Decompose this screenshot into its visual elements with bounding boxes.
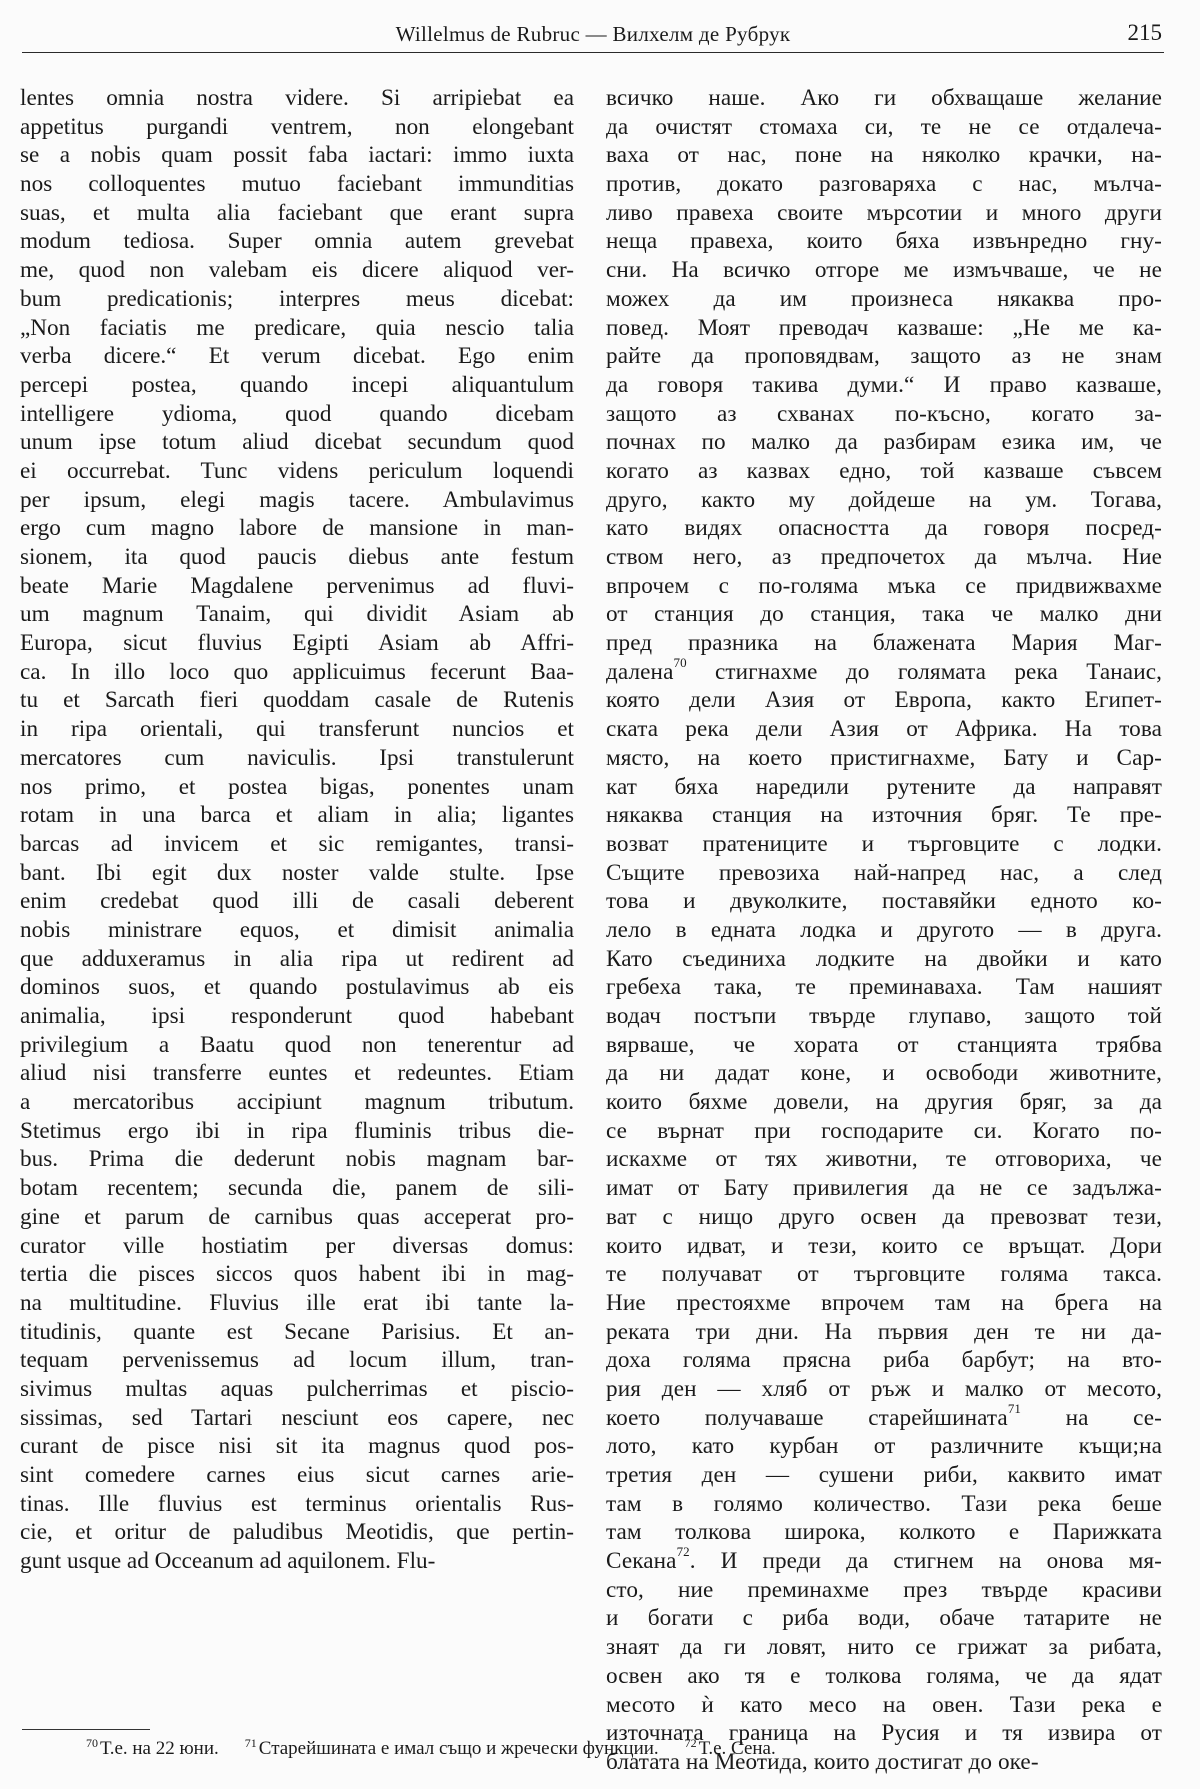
bulgarian-text-line: това и двуколките, поставяйки едното ко- <box>606 887 1162 916</box>
latin-text-line: nobis ministrare equos, et dimisit anima… <box>20 916 574 945</box>
latin-text-line: sint comedere carnes eius sicut carnes a… <box>20 1461 574 1490</box>
bulgarian-text-line: вярваше, че хората от станцията трябва <box>606 1031 1162 1060</box>
line-text: сни. На всичко отгоре ме измъчваше, че н… <box>606 257 1162 283</box>
line-text: ливо правеха своите мърсотии и много дру… <box>606 200 1162 226</box>
line-text: лото, като курбан от различните къщи;на <box>606 1433 1162 1459</box>
bulgarian-text-line: возват пратениците и търговците с лодки. <box>606 830 1162 859</box>
running-title: Willelmus de Rubruc — Вилхелм де Рубрук <box>22 22 1164 47</box>
line-text: да говоря такива думи.“ И право казваше, <box>606 372 1162 398</box>
bulgarian-text-line: пред празника на блажената Мария Маг- <box>606 629 1162 658</box>
line-text: да очистят стомаха си, те не се отдалеча… <box>606 114 1162 140</box>
latin-text-line: dominos suos, et quando postulavimus ab … <box>20 973 574 1002</box>
line-text: които идват, и тези, които се връщат. До… <box>606 1233 1162 1259</box>
latin-text-line: se a nobis quam possit faba iactari: imm… <box>20 141 574 170</box>
latin-text-line: na multitudine. Fluvius ille erat ibi ta… <box>20 1289 574 1318</box>
line-text: можех да им произнеса някаква про- <box>606 286 1162 312</box>
line-text: сто, ние преминахме през твърде красиви <box>606 1577 1162 1603</box>
line-text: те получават от търговците голяма такса. <box>606 1261 1162 1287</box>
bulgarian-text-line: неща правеха, които бяха извънредно гну- <box>606 227 1162 256</box>
line-text: като видях опасността да говоря посред- <box>606 515 1162 541</box>
bulgarian-text-line: искахме от тях животни, те отговориха, ч… <box>606 1145 1162 1174</box>
latin-text-line: tinas. Ille fluvius est terminus orienta… <box>20 1490 574 1519</box>
line-text: ством него, аз предпочетох да мълча. Ние <box>606 544 1162 570</box>
latin-text-line: a mercatoribus accipiunt magnum tributum… <box>20 1088 574 1117</box>
latin-text-line: titudinis, quante est Secane Parisius. E… <box>20 1318 574 1347</box>
bulgarian-text-line: някаква станция на източния бряг. Те пре… <box>606 801 1162 830</box>
line-text: впрочем с по-голяма мъка се придвижвахме <box>606 573 1162 599</box>
line-text: Ние престояхме впрочем там на брега на <box>606 1290 1162 1316</box>
bulgarian-text-line: сто, ние преминахме през твърде красиви <box>606 1576 1162 1605</box>
bulgarian-text-line: Ние престояхме впрочем там на брега на <box>606 1289 1162 1318</box>
line-text: там в голямо количество. Тази река беше <box>606 1491 1162 1517</box>
line-text: повед. Моят преводач казваше: „Не ме ка- <box>606 315 1162 341</box>
latin-text-line: percepi postea, quando incepi aliquantul… <box>20 371 574 400</box>
bulgarian-text-line: да ни дадат коне, и освободи животните, <box>606 1059 1162 1088</box>
bulgarian-text-line: рия ден — хляб от ръж и малко от месото, <box>606 1375 1162 1404</box>
latin-text-line: que adduxeramus in alia ripa ut redirent… <box>20 945 574 974</box>
bulgarian-text-line: лото, като курбан от различните къщи;на <box>606 1432 1162 1461</box>
line-text: вярваше, че хората от станцията трябва <box>606 1032 1162 1058</box>
latin-text-line: ca. In illo loco quo applicuimus fecerun… <box>20 658 574 687</box>
footnote-divider <box>22 1729 150 1730</box>
line-text: рия ден — хляб от ръж и малко от месото, <box>606 1376 1162 1402</box>
line-text: се върнат при господарите си. Когато по- <box>606 1118 1162 1144</box>
line-text: освен ако тя е толкова голяма, че да яда… <box>606 1663 1162 1689</box>
latin-text-line: mercatores cum naviculis. Ipsi transtule… <box>20 744 574 773</box>
latin-text-line: bum predicationis; interpres meus diceba… <box>20 285 574 314</box>
bulgarian-text-line: и богати с риба води, обаче татарите не <box>606 1604 1162 1633</box>
latin-text-line: verba dicere.“ Et verum dicebat. Ego eni… <box>20 342 574 371</box>
bulgarian-text-line: те получават от търговците голяма такса. <box>606 1260 1162 1289</box>
latin-text-line: nos colloquentes mutuo faciebant immundi… <box>20 170 574 199</box>
bulgarian-text-line: кат бяха наредили рутените да направят <box>606 773 1162 802</box>
latin-text-line: per ipsum, elegi magis tacere. Ambulavim… <box>20 486 574 515</box>
bulgarian-text-line: които идват, и тези, които се връщат. До… <box>606 1232 1162 1261</box>
latin-text-line: appetitus purgandi ventrem, non elongeba… <box>20 113 574 142</box>
bulgarian-text-line: Секана72. И преди да стигнем на онова мя… <box>606 1547 1162 1576</box>
bulgarian-text-line: ливо правеха своите мърсотии и много дру… <box>606 199 1162 228</box>
bulgarian-text-line: далена70 стигнахме до голямата река Тана… <box>606 658 1162 687</box>
latin-text-line: barcas ad invicem et sic remigantes, tra… <box>20 830 574 859</box>
line-text: която дели Азия от Европа, както Египет- <box>606 687 1162 713</box>
latin-text-line: tertia die pisces siccos quos habent ibi… <box>20 1260 574 1289</box>
latin-text-line: lentes omnia nostra videre. Si arripieba… <box>20 84 574 113</box>
bulgarian-text-line: когато аз казвах едно, той казваше съвсе… <box>606 457 1162 486</box>
bulgarian-text-line: от станция до станция, така че малко дни <box>606 600 1162 629</box>
footnote-marker[interactable]: 70 <box>673 655 686 670</box>
latin-text-line: curant de pisce nisi sit ita magnus quod… <box>20 1432 574 1461</box>
footnote-text: Т.е. Сена. <box>699 1738 776 1759</box>
latin-text-line: ei occurrebat. Tunc videns periculum loq… <box>20 457 574 486</box>
bulgarian-text-line: имат от Бату привилегия да не се задължа… <box>606 1174 1162 1203</box>
line-text: всичко наше. Ако ги обхващаше желание <box>606 85 1162 111</box>
latin-text-line: „Non faciatis me predicare, quia nescio … <box>20 314 574 343</box>
latin-text-line: gunt usque ad Occeanum ad aquilonem. Flu… <box>20 1547 574 1576</box>
latin-text-line: bus. Prima die dederunt nobis magnam bar… <box>20 1145 574 1174</box>
bulgarian-text-line: райте да проповядвам, защото аз не знам <box>606 342 1162 371</box>
footnote-number: 72 <box>685 1736 697 1750</box>
bulgarian-text-line: Като съединиха лодките на двойки и като <box>606 945 1162 974</box>
bulgarian-text-line: ската река дели Азия от Африка. На това <box>606 715 1162 744</box>
line-text: месото ѝ като месо на овен. Тази река е <box>606 1692 1162 1718</box>
bulgarian-text-line: която дели Азия от Европа, както Египет- <box>606 686 1162 715</box>
bulgarian-text-line: ваха от нас, поне на няколко крачки, на- <box>606 141 1162 170</box>
bulgarian-text-line: там толкова широка, колкото е Парижката <box>606 1518 1162 1547</box>
line-text: водач постъпи твърде глупаво, защото той <box>606 1003 1162 1029</box>
footnotes: 70Т.е. на 22 юни.71Старейшината е имал с… <box>86 1738 802 1760</box>
latin-text-line: ergo cum magno labore de mansione in man… <box>20 514 574 543</box>
bulgarian-text-line: да говоря такива думи.“ И право казваше, <box>606 371 1162 400</box>
line-text: искахме от тях животни, те отговориха, ч… <box>606 1146 1162 1172</box>
footnote-71: 71Старейшината е имал също и жречески фу… <box>245 1738 659 1760</box>
line-text: ската река дели Азия от Африка. На това <box>606 716 1162 742</box>
line-text: знаят да ги ловят, нито се грижат за риб… <box>606 1634 1162 1660</box>
line-text: третия ден — сушени риби, каквито имат <box>606 1462 1162 1488</box>
footnote-text: Т.е. на 22 юни. <box>100 1738 219 1759</box>
bulgarian-text-line: място, на което пристигнахме, Бату и Сар… <box>606 744 1162 773</box>
bulgarian-text-line: Същите превозиха най-напред нас, а след <box>606 859 1162 888</box>
latin-text-line: Stetimus ergo ibi in ripa fluminis tribu… <box>20 1117 574 1146</box>
latin-text-line: aliud nisi transferre euntes et redeunte… <box>20 1059 574 1088</box>
line-text: лело в едната лодка и другото — в друга. <box>606 917 1162 943</box>
latin-text-line: animalia, ipsi responderunt quod habeban… <box>20 1002 574 1031</box>
bulgarian-text-line: реката три дни. На първия ден те ни да- <box>606 1318 1162 1347</box>
latin-text-line: privilegium a Baatu quod non tenerentur … <box>20 1031 574 1060</box>
bulgarian-text-line: всичко наше. Ако ги обхващаше желание <box>606 84 1162 113</box>
line-text-continued: на се- <box>1021 1405 1162 1431</box>
bulgarian-text-line: което получаваше старейшината71 на се- <box>606 1404 1162 1433</box>
bulgarian-text-line: да очистят стомаха си, те не се отдалеча… <box>606 113 1162 142</box>
line-text: пред празника на блажената Мария Маг- <box>606 630 1162 656</box>
line-text: неща правеха, които бяха извънредно гну- <box>606 228 1162 254</box>
line-text: возват пратениците и търговците с лодки. <box>606 831 1162 857</box>
footnote-number: 70 <box>86 1736 98 1750</box>
latin-text-line: tu et Sarcath fieri quoddam casale de Ru… <box>20 686 574 715</box>
latin-text-line: cie, et oritur de paludibus Meotidis, qu… <box>20 1518 574 1547</box>
latin-text-line: um magnum Tanaim, qui dividit Asiam ab <box>20 600 574 629</box>
line-text: когато аз казвах едно, той казваше съвсе… <box>606 458 1162 484</box>
line-text: там толкова широка, колкото е Парижката <box>606 1519 1162 1545</box>
bulgarian-text-line: друго, както му дойдеше на ум. Тогава, <box>606 486 1162 515</box>
latin-text-line: in ripa orientali, qui transferunt nunci… <box>20 715 574 744</box>
latin-text-line: tequam pervenissemus ad locum illum, tra… <box>20 1346 574 1375</box>
bulgarian-text-line: сни. На всичко отгоре ме измъчваше, че н… <box>606 256 1162 285</box>
latin-text-line: sivimus multas aquas pulcherrimas et pis… <box>20 1375 574 1404</box>
bulgarian-text-line: знаят да ги ловят, нито се грижат за риб… <box>606 1633 1162 1662</box>
latin-text-line: modum tediosa. Super omnia autem greveba… <box>20 227 574 256</box>
latin-text-line: me, quod non valebam eis dicere aliquod … <box>20 256 574 285</box>
line-text: и богати с риба води, обаче татарите не <box>606 1605 1162 1631</box>
latin-text-line: suas, et multa alia faciebant que erant … <box>20 199 574 228</box>
bulgarian-translation-column: всичко наше. Ако ги обхващаше желаниеда … <box>606 84 1162 1777</box>
bulgarian-text-line: можех да им произнеса някаква про- <box>606 285 1162 314</box>
footnote-72: 72Т.е. Сена. <box>685 1738 776 1760</box>
latin-text-line: sionem, ita quod paucis diebus ante fest… <box>20 543 574 572</box>
latin-text-line: curator ville hostiatim per diversas dom… <box>20 1232 574 1261</box>
line-text: Същите превозиха най-напред нас, а след <box>606 860 1162 886</box>
footnote-marker[interactable]: 71 <box>1008 1401 1021 1416</box>
line-text-continued: стигнахме до голямата река Танаис, <box>687 659 1162 685</box>
bulgarian-text-line: защото аз схванах по-късно, когато за- <box>606 400 1162 429</box>
bulgarian-text-line: освен ако тя е толкова голяма, че да яда… <box>606 1662 1162 1691</box>
bulgarian-text-line: почнах по малко да разбирам езика им, че <box>606 428 1162 457</box>
bulgarian-text-line: лело в едната лодка и другото — в друга. <box>606 916 1162 945</box>
line-text-continued: . И преди да стигнем на онова мя- <box>690 1548 1162 1574</box>
line-text: ват с нищо друго освен да превозват тези… <box>606 1204 1162 1230</box>
line-text: имат от Бату привилегия да не се задължа… <box>606 1175 1162 1201</box>
line-text: ваха от нас, поне на няколко крачки, на- <box>606 142 1162 168</box>
bulgarian-text-line: месото ѝ като месо на овен. Тази река е <box>606 1691 1162 1720</box>
line-text: някаква станция на източния бряг. Те пре… <box>606 802 1162 828</box>
bulgarian-text-line: впрочем с по-голяма мъка се придвижвахме <box>606 572 1162 601</box>
bulgarian-text-line: доха голяма прясна риба барбут; на вто- <box>606 1346 1162 1375</box>
line-text: от станция до станция, така че малко дни <box>606 601 1162 627</box>
line-text: които бяхме довели, на другия бряг, за д… <box>606 1089 1162 1115</box>
bulgarian-text-line: против, докато разговаряха с нас, мълча- <box>606 170 1162 199</box>
latin-text-line: beate Marie Magdalene pervenimus ad fluv… <box>20 572 574 601</box>
latin-text-line: enim credebat quod illi de casali debere… <box>20 887 574 916</box>
latin-text-line: gine et parum de carnibus quas acceperat… <box>20 1203 574 1232</box>
footnote-number: 71 <box>245 1736 257 1750</box>
footnote-marker[interactable]: 72 <box>677 1544 690 1559</box>
running-head: Willelmus de Rubruc — Вилхелм де Рубрук … <box>22 14 1164 53</box>
bulgarian-text-line: ством него, аз предпочетох да мълча. Ние <box>606 543 1162 572</box>
line-text: място, на което пристигнахме, Бату и Сар… <box>606 745 1162 771</box>
line-text: друго, както му дойдеше на ум. Тогава, <box>606 487 1162 513</box>
footnote-70: 70Т.е. на 22 юни. <box>86 1738 219 1760</box>
bulgarian-text-line: се върнат при господарите си. Когато по- <box>606 1117 1162 1146</box>
bulgarian-text-line: повед. Моят преводач казваше: „Не ме ка- <box>606 314 1162 343</box>
line-text: това и двуколките, поставяйки едното ко- <box>606 888 1162 914</box>
bulgarian-text-line: които бяхме довели, на другия бряг, за д… <box>606 1088 1162 1117</box>
latin-text-line: sissimas, sed Tartari nesciunt eos caper… <box>20 1404 574 1433</box>
page-number: 215 <box>1128 20 1163 46</box>
bulgarian-text-line: като видях опасността да говоря посред- <box>606 514 1162 543</box>
latin-text-line: Europa, sicut fluvius Egipti Asiam ab Af… <box>20 629 574 658</box>
line-text: да ни дадат коне, и освободи животните, <box>606 1060 1162 1086</box>
bulgarian-text-line: гребеха така, те преминаваха. Там нашият <box>606 973 1162 1002</box>
latin-text-line: botam recentem; secunda die, panem de si… <box>20 1174 574 1203</box>
line-text: Секана <box>606 1548 677 1574</box>
bulgarian-text-line: водач постъпи твърде глупаво, защото той <box>606 1002 1162 1031</box>
line-text: почнах по малко да разбирам езика им, че <box>606 429 1162 455</box>
bulgarian-text-line: там в голямо количество. Тази река беше <box>606 1490 1162 1519</box>
bulgarian-text-line: третия ден — сушени риби, каквито имат <box>606 1461 1162 1490</box>
latin-text-line: rotam in una barca et aliam in alia; lig… <box>20 801 574 830</box>
latin-text-line: unum ipse totum aliud dicebat secundum q… <box>20 428 574 457</box>
line-text: против, докато разговаряха с нас, мълча- <box>606 171 1162 197</box>
latin-text-line: bant. Ibi egit dux noster valde stulte. … <box>20 859 574 888</box>
footnote-text: Старейшината е имал също и жречески функ… <box>259 1738 659 1759</box>
line-text: далена <box>606 659 673 685</box>
line-text: Като съединиха лодките на двойки и като <box>606 946 1162 972</box>
line-text: защото аз схванах по-късно, когато за- <box>606 401 1162 427</box>
bulgarian-text-line: ват с нищо друго освен да превозват тези… <box>606 1203 1162 1232</box>
line-text: което получаваше старейшината <box>606 1405 1008 1431</box>
latin-text-column: lentes omnia nostra videre. Si arripieba… <box>20 84 574 1576</box>
latin-text-line: nos primo, et postea bigas, ponentes una… <box>20 773 574 802</box>
line-text: доха голяма прясна риба барбут; на вто- <box>606 1347 1162 1373</box>
line-text: кат бяха наредили рутените да направят <box>606 774 1162 800</box>
latin-text-line: intelligere ydioma, quod quando dicebam <box>20 400 574 429</box>
line-text: гребеха така, те преминаваха. Там нашият <box>606 974 1162 1000</box>
line-text: реката три дни. На първия ден те ни да- <box>606 1319 1162 1345</box>
line-text: райте да проповядвам, защото аз не знам <box>606 343 1162 369</box>
